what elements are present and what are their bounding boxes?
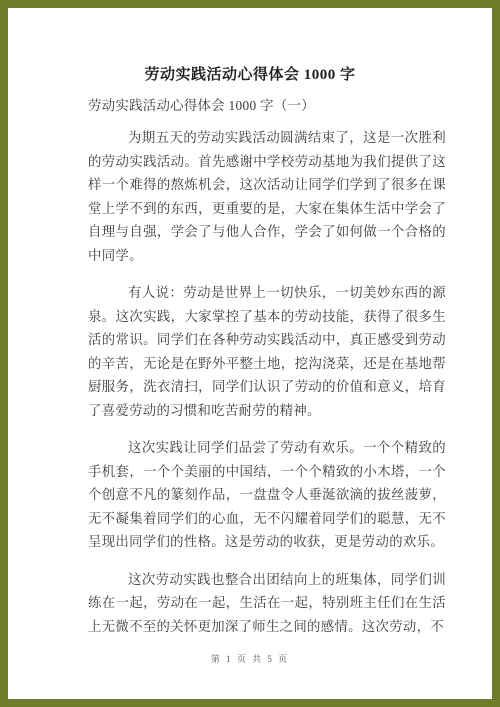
paragraph-3: 这次实践让同学们品尝了劳动有欢乐。一个个精致的手机套，一个个美丽的中国结，一个个… [88,436,446,554]
paragraph-4: 这次劳动实践也整合出团结向上的班集体，同学们训练在一起，劳动在一起，生活在一起，… [88,568,446,639]
page-number-footer: 第 1 页 共 5 页 [0,652,500,665]
document-subtitle: 劳动实践活动心得体会 1000 字（一） [88,95,315,114]
document-page: { "page": { "title": "劳动实践活动心得体会 1000 字"… [0,0,500,707]
document-title: 劳动实践活动心得体会 1000 字 [0,63,500,84]
paragraph-2: 有人说：劳动是世界上一切快乐，一切美妙东西的源泉。这次实践，大家掌控了基本的劳动… [88,281,446,422]
document-body: 为期五天的劳动实践活动圆满结束了，这是一次胜利的劳动实践活动。首先感谢中学校劳动… [88,126,446,652]
paragraph-1: 为期五天的劳动实践活动圆满结束了，这是一次胜利的劳动实践活动。首先感谢中学校劳动… [88,126,446,267]
